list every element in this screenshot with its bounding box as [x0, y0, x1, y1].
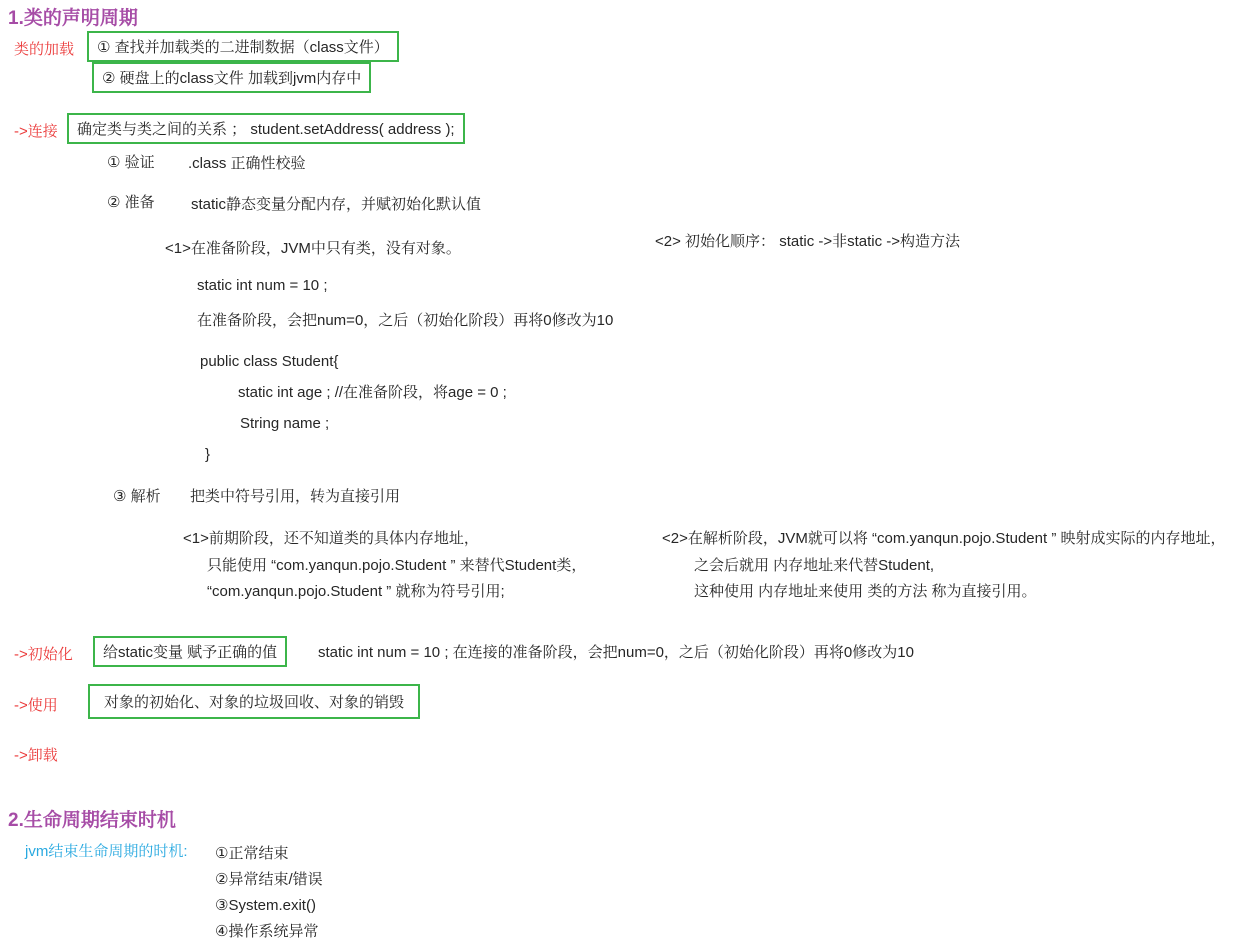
link-box: 确定类与类之间的关系 ； student.setAddress( address…	[67, 113, 465, 144]
prepare-step-text: static静态变量分配内存，并赋初始化默认值	[191, 195, 481, 215]
loading-box-1: ① 查找并加载类的二进制数据（class文件）	[87, 31, 399, 62]
prepare-note1-title: <1>在准备阶段，JVM中只有类，没有对象。	[165, 239, 461, 259]
use-box: 对象的初始化、对象的垃圾回收、对象的销毁	[88, 684, 420, 719]
resolve-note1-line3: “com.yanqun.pojo.Student ” 就称为符号引用;	[207, 582, 505, 602]
init-note: static int num = 10 ; 在连接的准备阶段，会把num=0，之…	[318, 643, 914, 663]
prepare-step-number: ② 准备	[107, 193, 155, 213]
unload-label: ->卸载	[14, 744, 58, 765]
resolve-note1-line1: <1>前期阶段，还不知道类的具体内存地址，	[183, 529, 479, 549]
resolve-note1-line2: 只能使用 “com.yanqun.pojo.Student ” 来替代Stude…	[207, 556, 586, 576]
resolve-step-number: ③ 解析	[113, 487, 161, 507]
use-label: ->使用	[14, 694, 58, 715]
resolve-note2-line2: 之会后就用 内存地址来代替Student,	[694, 556, 934, 576]
jvm-end-item-os-error: ④操作系统异常	[215, 919, 323, 945]
resolve-step-text: 把类中符号引用，转为直接引用	[190, 487, 400, 507]
jvm-end-item-normal: ①正常结束	[215, 841, 323, 867]
loading-box-2: ② 硬盘上的class文件 加载到jvm内存中	[92, 62, 371, 93]
jvm-end-item-exception: ②异常结束/错误	[215, 867, 323, 893]
code-line-static-age: static int age ; //在准备阶段，将age = 0 ;	[238, 383, 507, 403]
notes-canvas: 1.类的声明周期 类的加载 ① 查找并加载类的二进制数据（class文件） ② …	[0, 0, 1254, 946]
verify-step-number: ① 验证	[107, 153, 155, 173]
prepare-code-num: static int num = 10 ;	[197, 276, 327, 296]
jvm-end-item-system-exit: ③System.exit()	[215, 893, 323, 919]
init-label: ->初始化	[14, 643, 73, 664]
section2-title: 2.生命周期结束时机	[8, 805, 176, 832]
prepare-note2: <2> 初始化顺序： static ->非static ->构造方法	[655, 232, 960, 252]
resolve-note2-line3: 这种使用 内存地址来使用 类的方法 称为直接引用。	[694, 582, 1037, 602]
link-label: ->连接	[14, 120, 58, 141]
code-line-string-name: String name ;	[240, 414, 329, 434]
jvm-end-label: jvm结束生命周期的时机:	[25, 840, 188, 861]
resolve-note2-line1: <2>在解析阶段，JVM就可以将 “com.yanqun.pojo.Studen…	[662, 529, 1225, 549]
code-line-class-open: public class Student{	[200, 352, 338, 372]
init-box: 给static变量 赋予正确的值	[93, 636, 287, 667]
prepare-note1-line2: 在准备阶段，会把num=0，之后（初始化阶段）再将0修改为10	[197, 311, 613, 331]
section1-title: 1.类的声明周期	[8, 3, 138, 30]
code-line-class-close: }	[205, 445, 210, 465]
class-loading-label: 类的加载	[14, 38, 74, 59]
jvm-end-list: ①正常结束 ②异常结束/错误 ③System.exit() ④操作系统异常	[215, 841, 323, 945]
verify-step-text: .class 正确性校验	[188, 154, 306, 174]
